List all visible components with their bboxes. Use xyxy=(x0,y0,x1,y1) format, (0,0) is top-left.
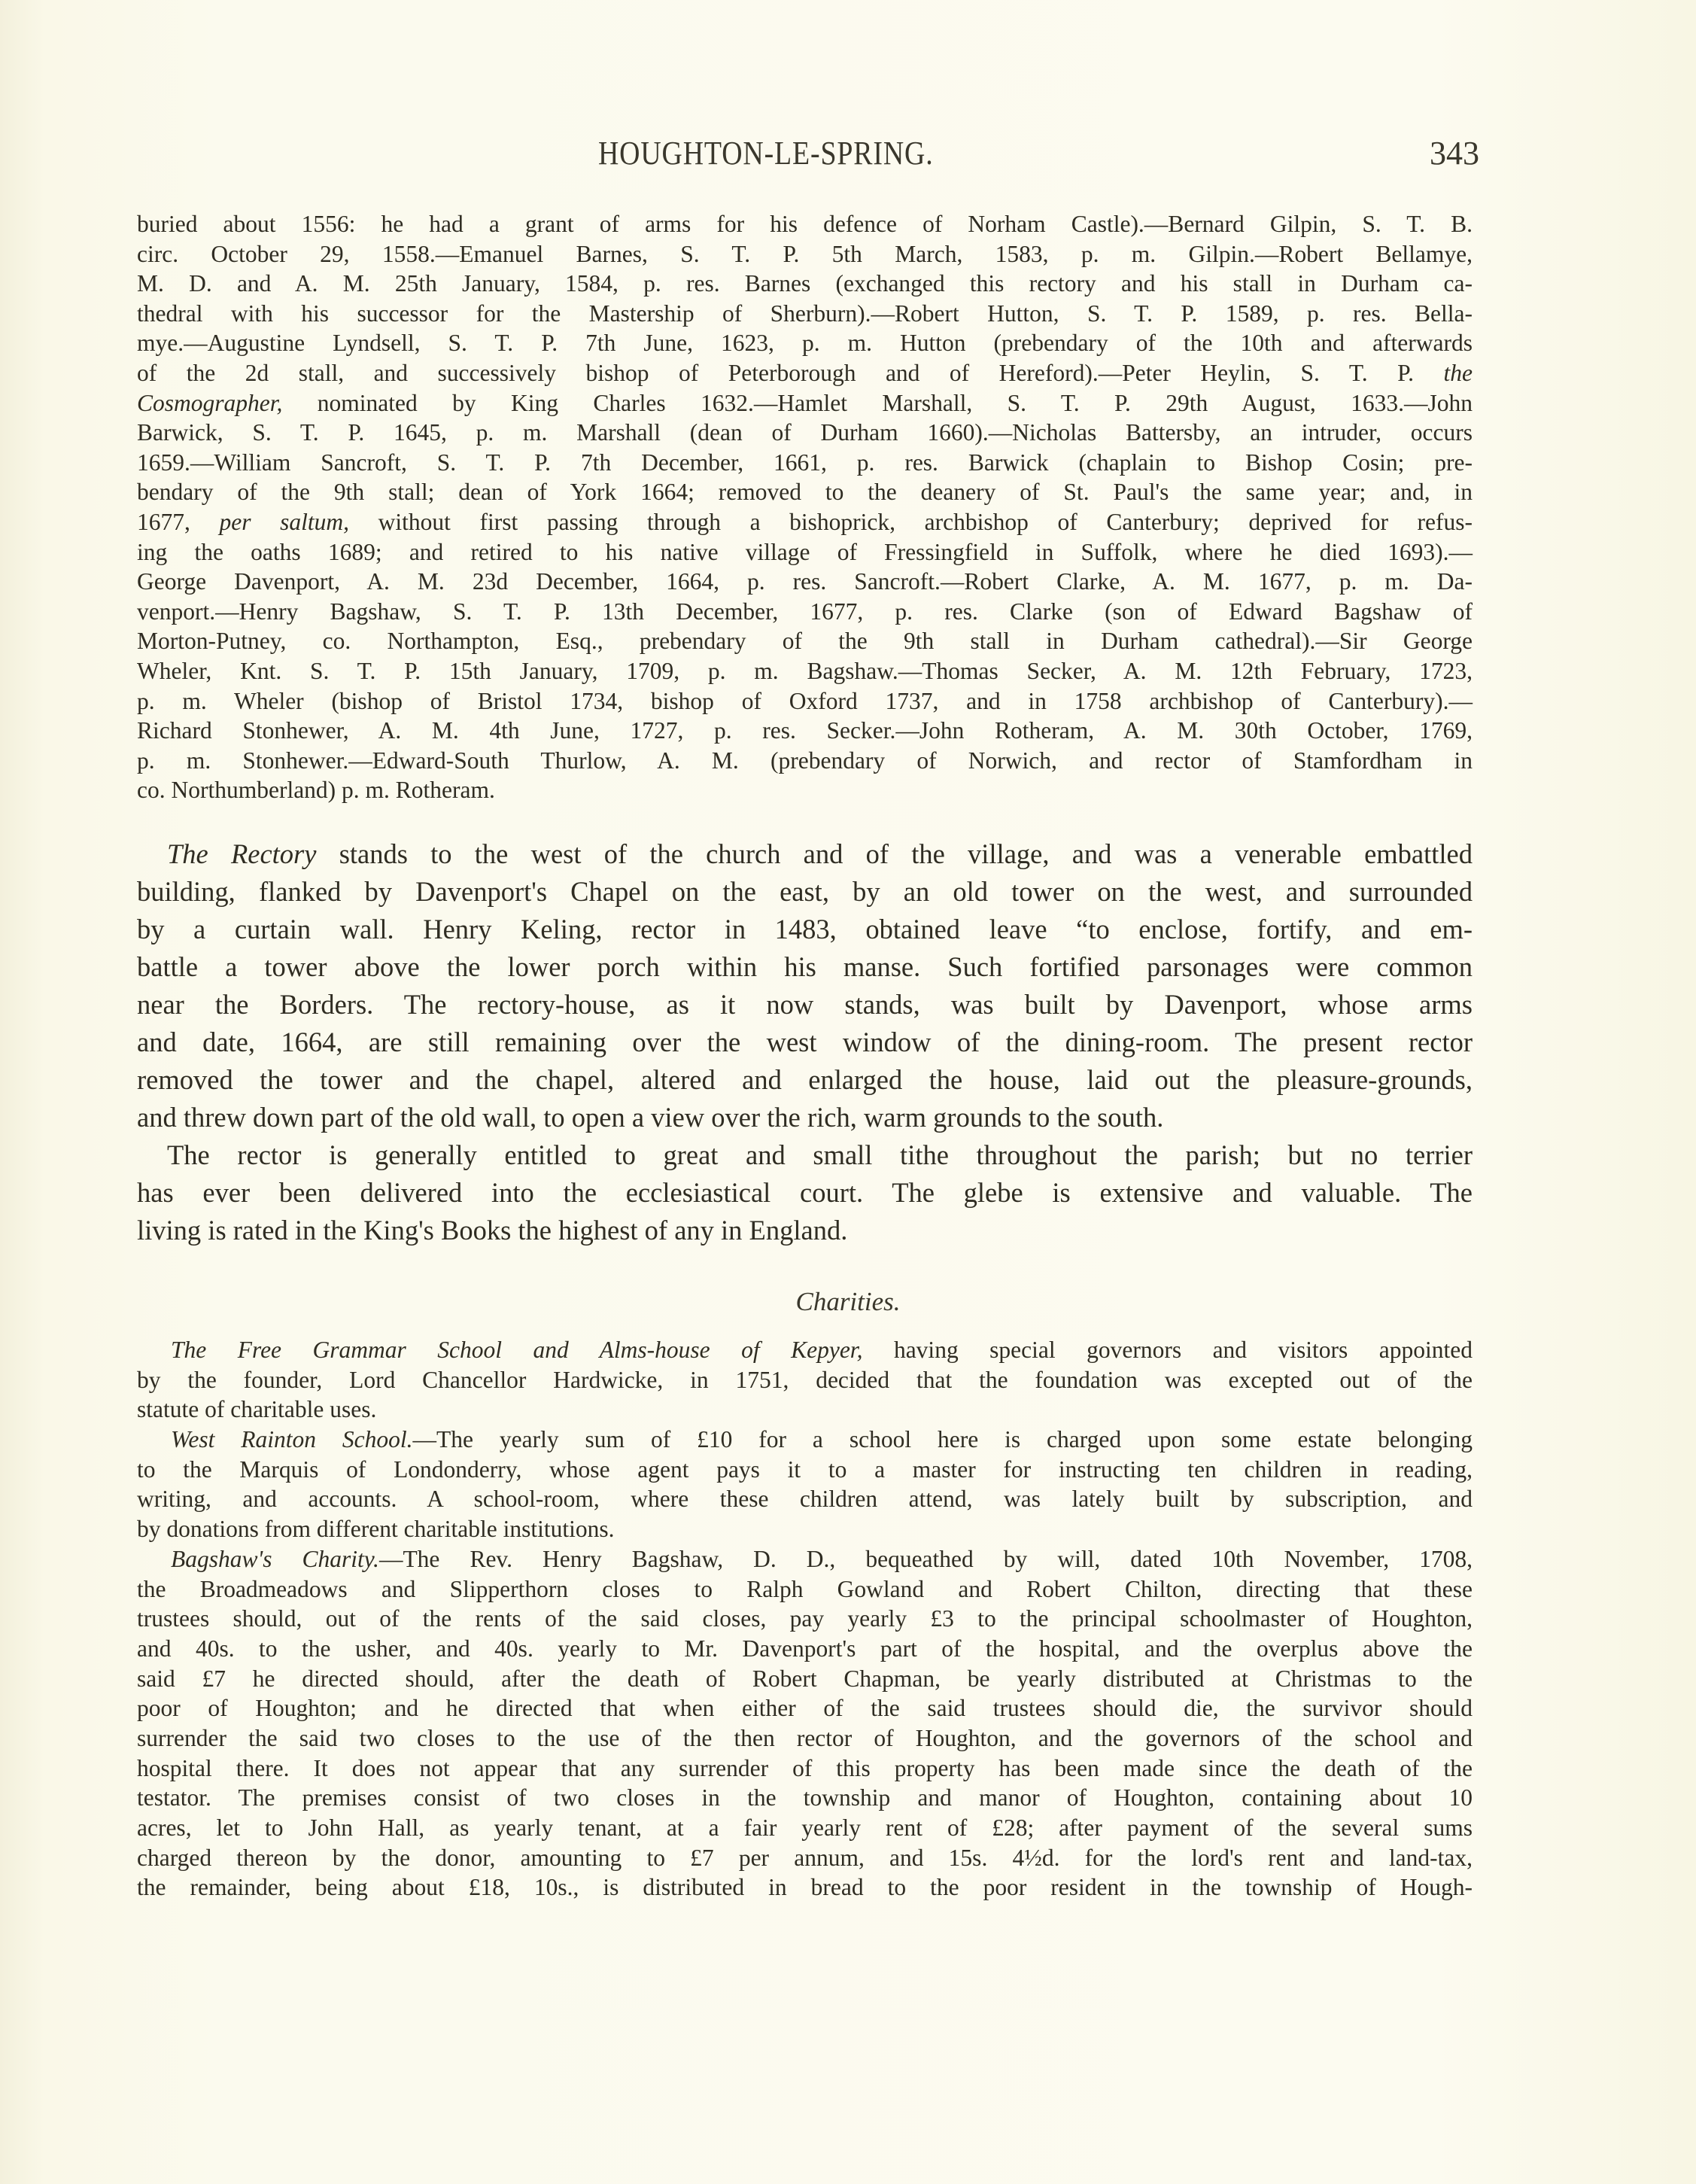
text-fragment: having special governors and visitors ap… xyxy=(862,1337,1473,1363)
text-line: M. D. and A. M. 25th January, 1584, p. r… xyxy=(137,269,1473,299)
italic-lead: West Rainton School. xyxy=(171,1426,413,1452)
text-line: surrender the said two closes to the use… xyxy=(137,1723,1473,1754)
text-line: charged thereon by the donor, amounting … xyxy=(137,1843,1473,1873)
text-line: statute of charitable uses. xyxy=(137,1395,1473,1425)
text-fragment: 1677, xyxy=(137,509,190,535)
text-line: and 40s. to the usher, and 40s. yearly t… xyxy=(137,1634,1473,1664)
text-fragment: —The Rev. Henry Bagshaw, D. D., bequeath… xyxy=(379,1546,1473,1572)
text-line: hospital there. It does not appear that … xyxy=(137,1754,1473,1784)
text-line: Bagshaw's Charity.—The Rev. Henry Bagsha… xyxy=(137,1544,1473,1574)
running-title: HOUGHTON-LE-SPRING. xyxy=(598,134,934,172)
text-line: mye.—Augustine Lyndsell, S. T. P. 7th Ju… xyxy=(137,328,1473,358)
rectors-list-paragraph: buried about 1556: he had a grant of arm… xyxy=(137,209,1473,805)
text-fragment: —The yearly sum of £10 for a school here… xyxy=(413,1426,1473,1452)
text-line: building, flanked by Davenport's Chapel … xyxy=(137,873,1473,911)
text-line: Barwick, S. T. P. 1645, p. m. Marshall (… xyxy=(137,418,1473,448)
text-line: 1677, per saltum, without first passing … xyxy=(137,507,1473,537)
text-line: and date, 1664, are still remaining over… xyxy=(137,1024,1473,1061)
text-line: the remainder, being about £18, 10s., is… xyxy=(137,1872,1473,1903)
text-line: West Rainton School.—The yearly sum of £… xyxy=(137,1425,1473,1455)
text-fragment: of the 2d stall, and successively bishop… xyxy=(137,360,1414,386)
text-line: said £7 he directed should, after the de… xyxy=(137,1664,1473,1694)
text-line: The rector is generally entitled to grea… xyxy=(137,1136,1473,1174)
rectory-paragraph: The Rectory stands to the west of the ch… xyxy=(137,835,1473,1249)
text-line: The Free Grammar School and Alms-house o… xyxy=(137,1335,1473,1365)
text-line: near the Borders. The rectory-house, as … xyxy=(137,986,1473,1024)
text-line: and threw down part of the old wall, to … xyxy=(137,1099,1473,1136)
page-number: 343 xyxy=(1430,134,1479,172)
text-line: p. m. Stonhewer.—Edward-South Thurlow, A… xyxy=(137,746,1473,776)
text-line: Wheler, Knt. S. T. P. 15th January, 1709… xyxy=(137,656,1473,686)
italic-lead: The Rectory xyxy=(167,838,316,869)
text-line: Morton-Putney, co. Northampton, Esq., pr… xyxy=(137,626,1473,656)
text-line: bendary of the 9th stall; dean of York 1… xyxy=(137,477,1473,507)
text-line: Richard Stonhewer, A. M. 4th June, 1727,… xyxy=(137,716,1473,746)
text-fragment: nominated by King Charles 1632.—Hamlet M… xyxy=(318,390,1473,416)
text-line: buried about 1556: he had a grant of arm… xyxy=(137,209,1473,239)
text-line: removed the tower and the chapel, altere… xyxy=(137,1061,1473,1099)
text-line: has ever been delivered into the ecclesi… xyxy=(137,1174,1473,1212)
text-line: The Rectory stands to the west of the ch… xyxy=(137,835,1473,873)
text-line: the Broadmeadows and Slipperthorn closes… xyxy=(137,1574,1473,1605)
text-line: co. Northumberland) p. m. Rotheram. xyxy=(137,775,1473,805)
italic-text: Cosmographer, xyxy=(137,390,282,416)
book-page: HOUGHTON-LE-SPRING. 343 buried about 155… xyxy=(0,0,1696,2184)
text-line: trustees should, out of the rents of the… xyxy=(137,1604,1473,1634)
text-line: circ. October 29, 1558.—Emanuel Barnes, … xyxy=(137,239,1473,269)
charities-section: The Free Grammar School and Alms-house o… xyxy=(137,1335,1473,1903)
text-line: Cosmographer, nominated by King Charles … xyxy=(137,388,1473,418)
text-line: venport.—Henry Bagshaw, S. T. P. 13th De… xyxy=(137,597,1473,627)
running-header: HOUGHTON-LE-SPRING. 343 xyxy=(0,134,1696,179)
section-heading-charities: Charities. xyxy=(0,1287,1696,1317)
italic-text: per saltum, xyxy=(220,509,350,535)
text-fragment: stands to the west of the church and of … xyxy=(316,838,1473,869)
italic-lead: Bagshaw's Charity. xyxy=(171,1546,379,1572)
text-line: acres, let to John Hall, as yearly tenan… xyxy=(137,1813,1473,1843)
text-line: ing the oaths 1689; and retired to his n… xyxy=(137,537,1473,567)
text-line: writing, and accounts. A school-room, wh… xyxy=(137,1484,1473,1514)
text-line: by a curtain wall. Henry Keling, rector … xyxy=(137,911,1473,948)
text-line: George Davenport, A. M. 23d December, 16… xyxy=(137,567,1473,597)
text-fragment: without first passing through a bishopri… xyxy=(378,509,1473,535)
text-line: thedral with his successor for the Maste… xyxy=(137,299,1473,329)
text-line: of the 2d stall, and successively bishop… xyxy=(137,358,1473,388)
text-line: by donations from different charitable i… xyxy=(137,1514,1473,1544)
italic-lead: The Free Grammar School and Alms-house o… xyxy=(171,1337,862,1363)
text-line: testator. The premises consist of two cl… xyxy=(137,1783,1473,1813)
text-line: poor of Houghton; and he directed that w… xyxy=(137,1693,1473,1723)
text-line: by the founder, Lord Chancellor Hardwick… xyxy=(137,1365,1473,1395)
text-line: battle a tower above the lower porch wit… xyxy=(137,948,1473,986)
text-line: p. m. Wheler (bishop of Bristol 1734, bi… xyxy=(137,686,1473,716)
text-line: to the Marquis of Londonderry, whose age… xyxy=(137,1455,1473,1485)
text-line: 1659.—William Sancroft, S. T. P. 7th Dec… xyxy=(137,448,1473,478)
italic-text: the xyxy=(1444,360,1473,386)
text-line: living is rated in the King's Books the … xyxy=(137,1212,1473,1249)
